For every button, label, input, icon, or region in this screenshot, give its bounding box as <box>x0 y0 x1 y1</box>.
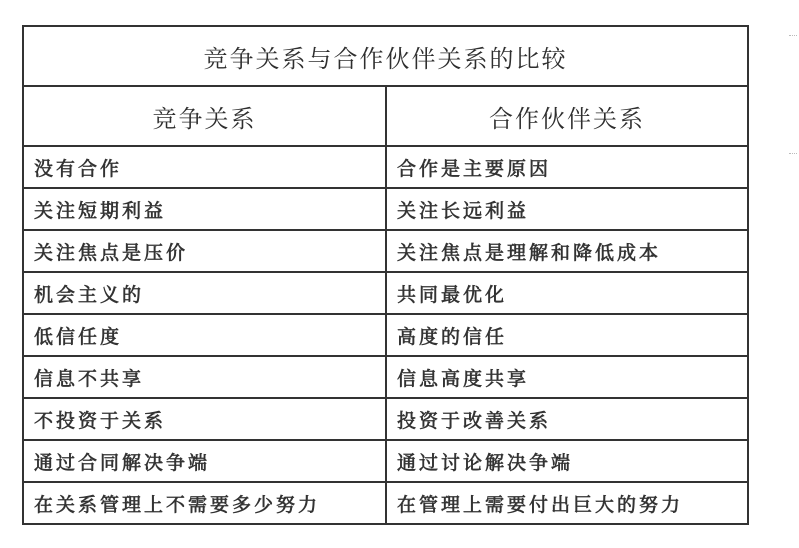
comparison-table: 竞争关系与合作伙伴关系的比较 竞争关系 合作伙伴关系 没有合作 合作是主要原因 … <box>22 25 749 525</box>
cell-competitive: 没有合作 <box>23 146 386 188</box>
table-row: 低信任度 高度的信任 <box>23 314 748 356</box>
cell-partnership: 合作是主要原因 <box>386 146 748 188</box>
cell-competitive: 低信任度 <box>23 314 386 356</box>
cell-partnership: 高度的信任 <box>386 314 748 356</box>
table-row: 关注短期利益 关注长远利益 <box>23 188 748 230</box>
cell-partnership: 在管理上需要付出巨大的努力 <box>386 482 748 524</box>
column-header-competitive: 竞争关系 <box>23 86 386 146</box>
cell-partnership: 关注长远利益 <box>386 188 748 230</box>
table-row: 机会主义的 共同最优化 <box>23 272 748 314</box>
cell-competitive: 在关系管理上不需要多少努力 <box>23 482 386 524</box>
title-row: 竞争关系与合作伙伴关系的比较 <box>23 26 748 86</box>
cell-competitive: 机会主义的 <box>23 272 386 314</box>
column-header-partnership: 合作伙伴关系 <box>386 86 748 146</box>
edge-dot-mark <box>789 35 797 37</box>
cell-competitive: 关注焦点是压价 <box>23 230 386 272</box>
cell-competitive: 关注短期利益 <box>23 188 386 230</box>
table-row: 关注焦点是压价 关注焦点是理解和降低成本 <box>23 230 748 272</box>
table-row: 通过合同解决争端 通过讨论解决争端 <box>23 440 748 482</box>
table-row: 没有合作 合作是主要原因 <box>23 146 748 188</box>
cell-competitive: 信息不共享 <box>23 356 386 398</box>
cell-partnership: 关注焦点是理解和降低成本 <box>386 230 748 272</box>
table-row: 在关系管理上不需要多少努力 在管理上需要付出巨大的努力 <box>23 482 748 524</box>
edge-dot-mark <box>789 153 797 155</box>
cell-competitive: 通过合同解决争端 <box>23 440 386 482</box>
table-row: 信息不共享 信息高度共享 <box>23 356 748 398</box>
header-row: 竞争关系 合作伙伴关系 <box>23 86 748 146</box>
cell-partnership: 通过讨论解决争端 <box>386 440 748 482</box>
cell-competitive: 不投资于关系 <box>23 398 386 440</box>
cell-partnership: 投资于改善关系 <box>386 398 748 440</box>
table-title: 竞争关系与合作伙伴关系的比较 <box>23 26 748 86</box>
cell-partnership: 共同最优化 <box>386 272 748 314</box>
table-row: 不投资于关系 投资于改善关系 <box>23 398 748 440</box>
cell-partnership: 信息高度共享 <box>386 356 748 398</box>
comparison-table-container: 竞争关系与合作伙伴关系的比较 竞争关系 合作伙伴关系 没有合作 合作是主要原因 … <box>22 25 749 525</box>
